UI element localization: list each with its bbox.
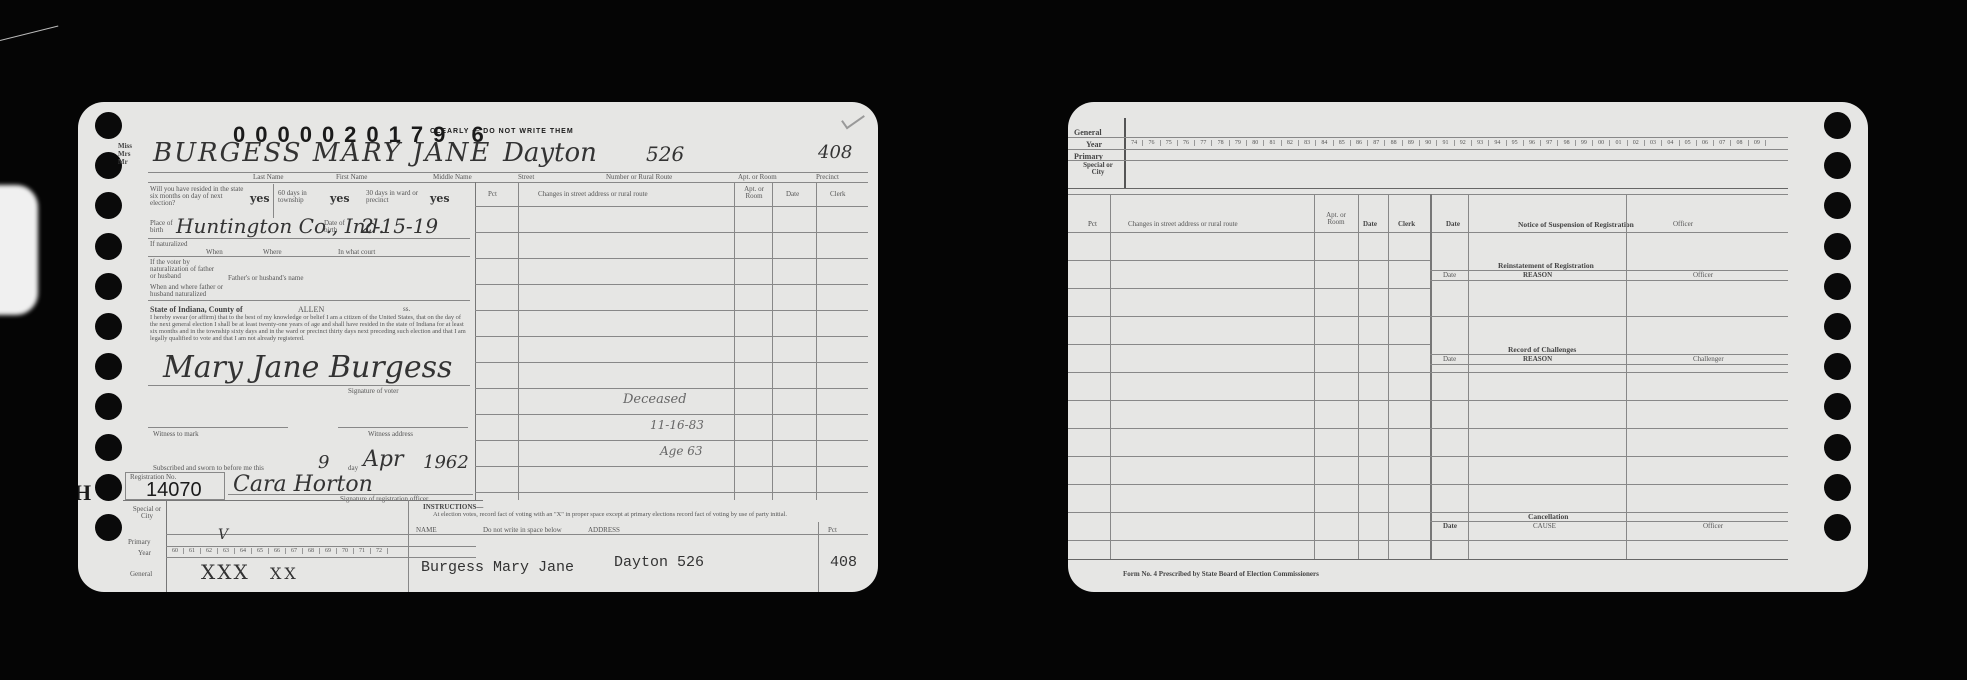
punch-holes bbox=[95, 112, 122, 541]
year-cell: 92 bbox=[1455, 140, 1472, 146]
year-cell: 81 bbox=[1264, 140, 1281, 146]
year-cell: 01 bbox=[1610, 140, 1627, 146]
print-notice: CLEARLY — DO NOT WRITE THEM bbox=[430, 128, 574, 135]
check-mark bbox=[841, 109, 865, 130]
cancellation-title: Cancellation bbox=[1528, 512, 1568, 521]
day-label: day bbox=[348, 464, 358, 472]
year-cell: 05 bbox=[1680, 140, 1697, 146]
reinstatement-reason-header: REASON bbox=[1523, 271, 1552, 279]
year-cell: 09 bbox=[1749, 140, 1766, 146]
year-cell: 76 bbox=[1143, 140, 1160, 146]
punch-hole bbox=[95, 353, 122, 380]
suspension-header: Notice of Suspension of Registration bbox=[1518, 220, 1634, 229]
first-name-label: First Name bbox=[336, 173, 367, 181]
year-cell: 62 bbox=[201, 548, 218, 554]
house-number-handwritten: 526 bbox=[646, 142, 684, 166]
punch-hole bbox=[1824, 112, 1851, 139]
punch-hole bbox=[1824, 152, 1851, 179]
year-cell: 76 bbox=[1178, 140, 1195, 146]
township-question: 60 days in township bbox=[278, 190, 328, 204]
year-cell: 83 bbox=[1299, 140, 1316, 146]
voter-signature: Mary Jane Burgess bbox=[163, 350, 452, 385]
township-answer: yes bbox=[330, 192, 350, 205]
father-name-label: Father's or husband's name bbox=[228, 274, 303, 282]
year-cell: 06 bbox=[1697, 140, 1714, 146]
punch-hole bbox=[95, 233, 122, 260]
year-cell: 70 bbox=[337, 548, 354, 554]
punch-hole bbox=[1824, 393, 1851, 420]
when-label: When bbox=[206, 248, 223, 256]
ward-question: 30 days in ward or precinct bbox=[366, 190, 426, 204]
year-cell: 93 bbox=[1472, 140, 1489, 146]
changes-header: Changes in street address or rural route bbox=[1128, 220, 1238, 228]
title-prefixes: Miss Mrs Mr bbox=[118, 142, 132, 166]
clerk-header: Clerk bbox=[1398, 220, 1415, 228]
year-cell: 66 bbox=[269, 548, 286, 554]
suspension-officer-header: Officer bbox=[1673, 220, 1693, 228]
footer-name-label: NAME bbox=[416, 526, 437, 534]
subscribed-month: Apr bbox=[363, 447, 404, 472]
year-cell: 96 bbox=[1524, 140, 1541, 146]
year-cell: 85 bbox=[1334, 140, 1351, 146]
note-date: 11-16-83 bbox=[650, 418, 704, 432]
challenges-date-header: Date bbox=[1443, 355, 1456, 363]
clerk-header: Clerk bbox=[830, 190, 846, 198]
court-label: In what court bbox=[338, 248, 375, 256]
street-handwritten: Dayton bbox=[503, 138, 597, 168]
general-row-label: General bbox=[1074, 128, 1102, 137]
birth-date-label: Date of birth bbox=[324, 220, 354, 234]
punch-hole bbox=[95, 192, 122, 219]
year-cell: 94 bbox=[1489, 140, 1506, 146]
year-cell: 90 bbox=[1420, 140, 1437, 146]
punch-hole bbox=[95, 434, 122, 461]
registration-card-back: General Year Primary Special or City 74 … bbox=[1068, 102, 1868, 592]
punch-hole bbox=[1824, 514, 1851, 541]
general-marks-a: XXX bbox=[201, 560, 250, 584]
year-cell: 97 bbox=[1541, 140, 1558, 146]
street-label: Street bbox=[518, 173, 534, 181]
birth-date: 2-15-19 bbox=[361, 214, 438, 238]
subscribed-label: Subscribed and sworn to before me this bbox=[153, 464, 264, 472]
year-row-label: Year bbox=[138, 549, 151, 557]
year-cell: 82 bbox=[1282, 140, 1299, 146]
year-cell: 91 bbox=[1437, 140, 1454, 146]
punch-hole bbox=[95, 273, 122, 300]
punch-hole bbox=[95, 112, 122, 139]
state-residence-question: Will you have resided in the state six m… bbox=[150, 186, 245, 207]
year-cell: 61 bbox=[184, 548, 201, 554]
witness-label: Witness to mark bbox=[153, 430, 199, 438]
ward-answer: yes bbox=[430, 192, 450, 205]
year-cell: 60 bbox=[167, 548, 184, 554]
year-cell: 63 bbox=[218, 548, 235, 554]
oath-text: I hereby swear (or affirm) that to the b… bbox=[150, 314, 470, 342]
challenges-reason-header: REASON bbox=[1523, 355, 1552, 363]
front-year-row: 60 61 62 63 64 65 66 67 68 69 70 71 72 bbox=[167, 548, 388, 554]
number-label: Number or Rural Route bbox=[606, 173, 672, 181]
year-cell: 04 bbox=[1662, 140, 1679, 146]
footer-address-label: ADDRESS bbox=[588, 526, 620, 534]
state-residence-answer: yes bbox=[250, 192, 270, 205]
punch-hole bbox=[1824, 474, 1851, 501]
year-cell: 98 bbox=[1558, 140, 1575, 146]
year-cell: 68 bbox=[303, 548, 320, 554]
film-scratch bbox=[0, 25, 58, 40]
general-row-label: General bbox=[130, 570, 152, 578]
punch-hole bbox=[1824, 313, 1851, 340]
officer-signature-label: Signature of registration officer bbox=[340, 495, 428, 503]
father-naturalization-label: If the voter by naturalization of father… bbox=[150, 259, 218, 280]
middle-name-label: Middle Name bbox=[433, 173, 472, 181]
cancellation-date-header: Date bbox=[1443, 522, 1457, 530]
apt-room-header: Apt. or Room bbox=[740, 186, 768, 200]
punch-hole bbox=[1824, 192, 1851, 219]
date-header: Date bbox=[786, 190, 799, 198]
year-cell: 74 bbox=[1126, 140, 1143, 146]
punch-hole bbox=[1824, 233, 1851, 260]
year-cell: 99 bbox=[1576, 140, 1593, 146]
name-handwritten: BURGESS MARY JANE bbox=[153, 138, 491, 168]
year-cell: 88 bbox=[1385, 140, 1402, 146]
punch-hole bbox=[1824, 353, 1851, 380]
instructions-text: At election votes, record fact of voting… bbox=[433, 511, 853, 518]
year-cell: 78 bbox=[1212, 140, 1229, 146]
registration-box: Registration No. 14070 bbox=[125, 472, 225, 500]
year-cell: 08 bbox=[1731, 140, 1748, 146]
film-glare bbox=[0, 185, 38, 315]
footer-name: Burgess Mary Jane bbox=[421, 559, 574, 576]
registration-letter: H bbox=[78, 480, 91, 506]
footer-address: Dayton 526 bbox=[614, 554, 704, 571]
year-cell: 72 bbox=[371, 548, 388, 554]
punch-hole bbox=[95, 393, 122, 420]
year-cell: 69 bbox=[320, 548, 337, 554]
punch-hole bbox=[95, 474, 122, 501]
note-age: Age 63 bbox=[660, 444, 703, 458]
year-cell: 79 bbox=[1230, 140, 1247, 146]
instructions-title: INSTRUCTIONS— bbox=[423, 503, 483, 511]
witness-address-label: Witness address bbox=[368, 430, 413, 438]
year-cell: 65 bbox=[252, 548, 269, 554]
year-cell: 00 bbox=[1593, 140, 1610, 146]
registration-number: 14070 bbox=[146, 479, 202, 502]
challenges-title: Record of Challenges bbox=[1508, 345, 1576, 354]
punch-hole bbox=[1824, 273, 1851, 300]
punch-hole bbox=[1824, 434, 1851, 461]
precinct-label: Precinct bbox=[816, 173, 839, 181]
pct-header: Pct bbox=[488, 190, 497, 198]
year-cell: 86 bbox=[1351, 140, 1368, 146]
year-cell: 02 bbox=[1628, 140, 1645, 146]
primary-mark: V bbox=[218, 527, 228, 543]
apt-room-header: Apt. or Room bbox=[1322, 212, 1350, 226]
birth-place-label: Place of birth bbox=[150, 220, 175, 234]
year-cell: 84 bbox=[1316, 140, 1333, 146]
year-cell: 75 bbox=[1161, 140, 1178, 146]
registration-card-front: 0000020179 6 CLEARLY — DO NOT WRITE THEM… bbox=[78, 102, 878, 592]
year-cell: 07 bbox=[1714, 140, 1731, 146]
year-cell: 03 bbox=[1645, 140, 1662, 146]
precinct-handwritten: 408 bbox=[818, 142, 852, 163]
year-row-label: Year bbox=[1086, 140, 1102, 149]
reinstatement-title: Reinstatement of Registration bbox=[1498, 261, 1594, 270]
challenges-challenger-header: Challenger bbox=[1693, 355, 1724, 363]
cancellation-officer-header: Officer bbox=[1703, 522, 1723, 530]
year-cell: 80 bbox=[1247, 140, 1264, 146]
suspension-date-header: Date bbox=[1446, 220, 1460, 228]
year-cell: 89 bbox=[1403, 140, 1420, 146]
special-row-label: Special or City bbox=[1078, 162, 1118, 176]
special-row-label: Special or City bbox=[128, 506, 166, 520]
father-when-where-label: When and where father or husband natural… bbox=[150, 284, 225, 298]
punch-holes bbox=[1824, 112, 1851, 541]
voter-signature-label: Signature of voter bbox=[348, 387, 399, 395]
punch-hole bbox=[95, 313, 122, 340]
pct-header: Pct bbox=[1088, 220, 1097, 228]
last-name-label: Last Name bbox=[253, 173, 284, 181]
note-deceased: Deceased bbox=[623, 392, 687, 407]
reinstatement-officer-header: Officer bbox=[1693, 271, 1713, 279]
apt-label: Apt. or Room bbox=[738, 173, 777, 181]
year-cell: 64 bbox=[235, 548, 252, 554]
subscribed-day: 9 bbox=[318, 452, 329, 473]
date-header: Date bbox=[1363, 220, 1377, 228]
reinstatement-date-header: Date bbox=[1443, 271, 1456, 279]
ss-label: ss. bbox=[403, 305, 410, 313]
form-note: Form No. 4 Prescribed by State Board of … bbox=[1123, 570, 1319, 578]
changes-header: Changes in street address or rural route bbox=[538, 190, 648, 198]
oath-state-county: State of Indiana, County of bbox=[150, 305, 243, 314]
back-year-row: 74 76 75 76 77 78 79 80 81 82 83 84 85 8… bbox=[1126, 140, 1766, 146]
county-name: ALLEN bbox=[298, 305, 324, 314]
year-cell: 95 bbox=[1507, 140, 1524, 146]
punch-hole bbox=[95, 514, 122, 541]
year-cell: 87 bbox=[1368, 140, 1385, 146]
where-label: Where bbox=[263, 248, 282, 256]
subscribed-year: 1962 bbox=[423, 452, 469, 473]
general-marks-b: XX bbox=[270, 564, 299, 583]
primary-row-label: Primary bbox=[128, 538, 151, 546]
cancellation-cause-header: CAUSE bbox=[1533, 522, 1556, 530]
year-cell: 71 bbox=[354, 548, 371, 554]
year-cell: 67 bbox=[286, 548, 303, 554]
naturalized-label: If naturalized bbox=[150, 240, 188, 248]
footer-pct-label: Pct bbox=[828, 526, 837, 534]
year-cell: 77 bbox=[1195, 140, 1212, 146]
footer-pct: 408 bbox=[830, 554, 857, 571]
do-not-write-label: Do not write in space below bbox=[483, 526, 562, 534]
